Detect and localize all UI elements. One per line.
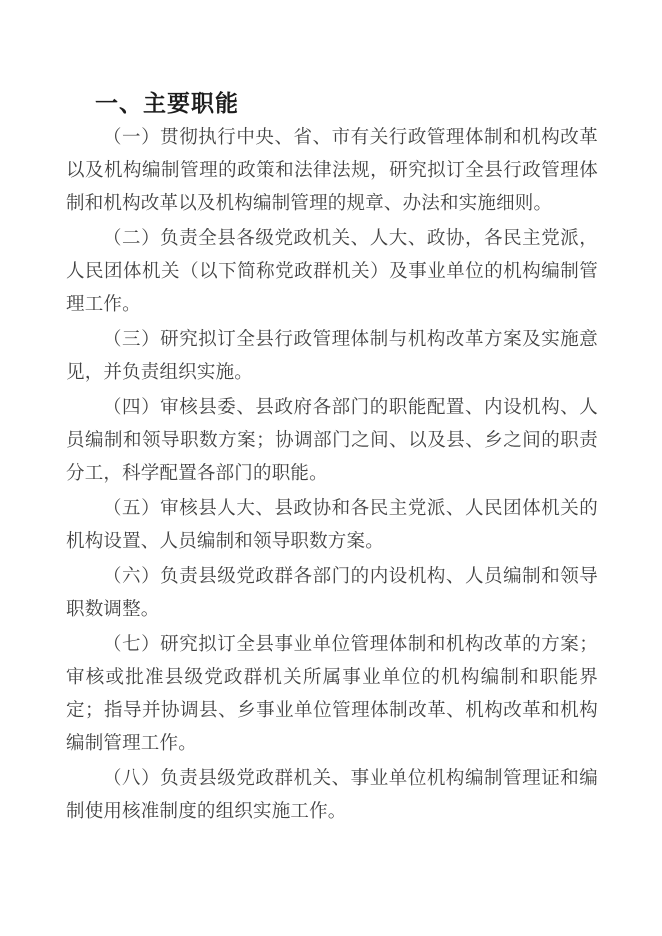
paragraph-8: （八）负责县级党政群机关、事业单位机构编制管理证和编制使用核准制度的组织实施工作… [66,763,598,829]
section-heading: 一、主要职能 [66,86,598,120]
paragraph-4: （四）审核县委、县政府各部门的职能配置、内设机构、人员编制和领导职数方案；协调部… [66,392,598,491]
paragraph-6: （六）负责县级党政群各部门的内设机构、人员编制和领导职数调整。 [66,561,598,627]
paragraph-7: （七）研究拟订全县事业单位管理体制和机构改革的方案；审核或批准县级党政群机关所属… [66,629,598,761]
paragraph-5: （五）审核县人大、县政协和各民主党派、人民团体机关的机构设置、人员编制和领导职数… [66,493,598,559]
paragraph-2: （二）负责全县各级党政机关、人大、政协，各民主党派，人民团体机关（以下简称党政群… [66,223,598,322]
document-page: 一、主要职能 （一）贯彻执行中央、省、市有关行政管理体制和机构改革以及机构编制管… [0,0,662,936]
paragraph-3: （三）研究拟订全县行政管理体制与机构改革方案及实施意见，并负责组织实施。 [66,324,598,390]
paragraph-1: （一）贯彻执行中央、省、市有关行政管理体制和机构改革以及机构编制管理的政策和法律… [66,122,598,221]
